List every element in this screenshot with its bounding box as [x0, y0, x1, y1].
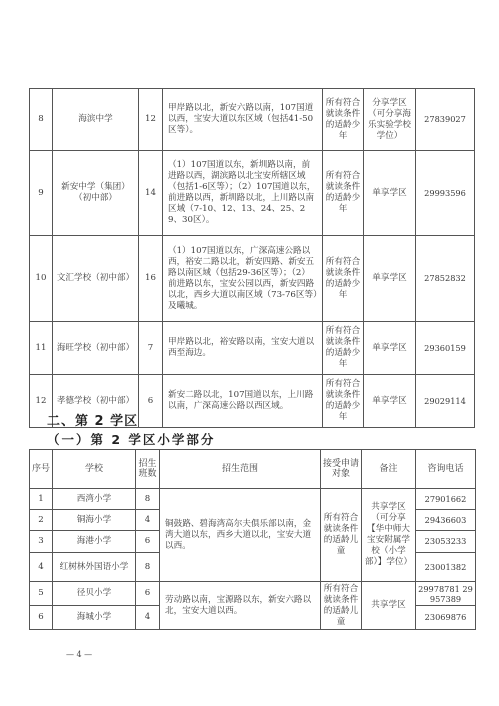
class-count: 6 [139, 375, 163, 428]
class-count: 8 [136, 553, 160, 582]
eligible-applicants: 所有符合就读条件的适龄少年 [323, 89, 364, 151]
remarks: 单享学区 [364, 236, 416, 322]
class-count: 6 [136, 531, 160, 553]
enrollment-range: （1）107国道以东，新圳路以南，前进路以西，湖滨路以北宝安所辖区域（包括1-6… [163, 151, 323, 236]
phone-number: 29360159 [416, 322, 475, 375]
table-row: 10 文汇学校（初中部） 16 （1）107国道以东，广深高速公路以西，裕安二路… [30, 236, 475, 322]
table-row: 5 径贝小学 6 劳动路以南，宝源路以东，新安六路以北，宝安大道以西。 所有符合… [30, 582, 476, 606]
school-name: 铜海小学 [53, 510, 136, 531]
section-heading: 二、第 2 学区 [47, 410, 138, 429]
remarks: 共享学区 [362, 582, 416, 630]
class-count: 14 [139, 151, 163, 236]
enrollment-range: 甲岸路以北，新安六路以南，107国道以西，宝安大道以东区域（包括41-50区等）… [163, 89, 323, 151]
table-row: 11 海旺学校（初中部） 7 甲岸路以北，裕安路以南，宝安大道以西至海边。 所有… [30, 322, 475, 375]
header-range: 招生范围 [160, 450, 321, 489]
enrollment-range: （1）107国道以东，广深高速公路以西，裕安二路以北，新安四路、新安五路以南区域… [163, 236, 323, 322]
row-number: 4 [30, 553, 53, 582]
eligible-applicants: 所有符合就读条件的适龄少年 [323, 375, 364, 428]
row-number: 6 [30, 606, 53, 630]
enrollment-range: 新安二路以北，107国道以东，上川路以南，广深高速公路以西区域。 [163, 375, 323, 428]
eligible-applicants: 所有符合就读条件的适龄儿童 [321, 489, 362, 582]
school-name: 红树林外国语小学 [53, 553, 136, 582]
eligible-applicants: 所有符合就读条件的适龄儿童 [321, 582, 362, 630]
school-name: 文汇学校（初中部） [53, 236, 139, 322]
district1-middle-school-table: 8 海滨中学 12 甲岸路以北，新安六路以南，107国道以西，宝安大道以东区域（… [29, 88, 475, 428]
school-name: 海滨中学 [53, 89, 139, 151]
page-number: — 4 — [66, 650, 92, 659]
district2-primary-school-table: 序号 学校 招生班数 招生范围 接受申请对象 备注 咨询电话 1 西湾小学 8 … [29, 449, 476, 630]
table-row: 8 海滨中学 12 甲岸路以北，新安六路以南，107国道以西，宝安大道以东区域（… [30, 89, 475, 151]
class-count: 4 [136, 606, 160, 630]
remarks: 单享学区 [364, 151, 416, 236]
row-number: 1 [30, 489, 53, 510]
row-number: 9 [30, 151, 53, 236]
row-number: 8 [30, 89, 53, 151]
eligible-applicants: 所有符合就读条件的适龄少年 [323, 236, 364, 322]
eligible-applicants: 所有符合就读条件的适龄少年 [323, 151, 364, 236]
enrollment-range: 铜鼓路、碧海湾高尔夫俱乐部以南，金湾大道以东，西乡大道以北，宝安大道以西。 [160, 489, 321, 582]
class-count: 8 [136, 489, 160, 510]
header-classes: 招生班数 [136, 450, 160, 489]
phone-number: 27839027 [416, 89, 475, 151]
phone-number: 23053233 [416, 531, 476, 553]
phone-number: 27852832 [416, 236, 475, 322]
class-count: 4 [136, 510, 160, 531]
class-count: 7 [139, 322, 163, 375]
school-name: 海港小学 [53, 531, 136, 553]
phone-number: 29978781 29957389 [416, 582, 476, 606]
enrollment-range: 甲岸路以北，裕安路以南，宝安大道以西至海边。 [163, 322, 323, 375]
school-name: 新安中学（集团）（初中部） [53, 151, 139, 236]
header-target: 接受申请对象 [321, 450, 362, 489]
row-number: 5 [30, 582, 53, 606]
school-name: 径贝小学 [53, 582, 136, 606]
section-subheading: （一）第 2 学区小学部分 [47, 430, 215, 448]
eligible-applicants: 所有符合就读条件的适龄少年 [323, 322, 364, 375]
row-number: 11 [30, 322, 53, 375]
remarks: 单享学区 [364, 375, 416, 428]
row-number: 2 [30, 510, 53, 531]
header-number: 序号 [30, 450, 53, 489]
class-count: 6 [136, 582, 160, 606]
school-name: 海城小学 [53, 606, 136, 630]
remarks: 单享学区 [364, 322, 416, 375]
school-name: 西湾小学 [53, 489, 136, 510]
header-phone: 咨询电话 [416, 450, 476, 489]
row-number: 3 [30, 531, 53, 553]
enrollment-range: 劳动路以南，宝源路以东，新安六路以北，宝安大道以西。 [160, 582, 321, 630]
header-school: 学校 [53, 450, 136, 489]
header-note: 备注 [362, 450, 416, 489]
table-row: 9 新安中学（集团）（初中部） 14 （1）107国道以东，新圳路以南，前进路以… [30, 151, 475, 236]
remarks: 共享学区（可分享【华中师大宝安附属学校（小学部）】学位） [362, 489, 416, 582]
row-number: 10 [30, 236, 53, 322]
phone-number: 23001382 [416, 553, 476, 582]
table-row: 1 西湾小学 8 铜鼓路、碧海湾高尔夫俱乐部以南，金湾大道以东，西乡大道以北，宝… [30, 489, 476, 510]
class-count: 16 [139, 236, 163, 322]
phone-number: 27901662 [416, 489, 476, 510]
class-count: 12 [139, 89, 163, 151]
remarks: 分享学区（可分享海乐实验学校学位） [364, 89, 416, 151]
phone-number: 29993596 [416, 151, 475, 236]
table-header-row: 序号 学校 招生班数 招生范围 接受申请对象 备注 咨询电话 [30, 450, 476, 489]
school-name: 海旺学校（初中部） [53, 322, 139, 375]
phone-number: 29029114 [416, 375, 475, 428]
phone-number: 29436603 [416, 510, 476, 531]
phone-number: 23069876 [416, 606, 476, 630]
